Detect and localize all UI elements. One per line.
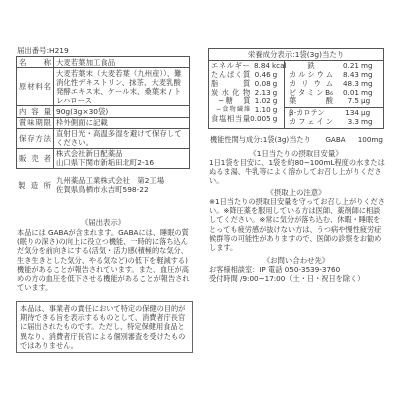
intake-title: 《1日当たりの摂取目安量》	[208, 149, 384, 158]
nutrient-unit: mg	[361, 118, 377, 127]
notice-body: 本品には GABAが含まれます。GABAには、睡眠の質(眠りの深さ)の向上に役立…	[17, 228, 193, 293]
functional-component-name: GABA	[325, 135, 345, 144]
nutrient-value: 7.5	[333, 97, 361, 106]
disclaimer-box: 本品は、事業者の責任において特定の保健の目的が期待できる旨を表示するものとして、…	[16, 301, 193, 353]
spec-value-name: 大麦若葉加工食品	[54, 57, 190, 68]
manufacturer-name: 九州薬品工業株式会社 第2工場	[56, 176, 164, 185]
nutrition-row: 葉 酸 7.5 μg	[287, 97, 381, 106]
contact-hours: 受付時間 /9:00~17:00（土・日・祝日を除く）	[209, 274, 387, 283]
spec-label-expiry: 賞味期限	[17, 117, 54, 128]
caution-title: 《摂取上の注意》	[208, 188, 384, 197]
functional-component-amount: 100mg	[358, 135, 383, 144]
spec-value-storage: 直射日光・高温多湿を避けて保存してください。	[54, 128, 190, 148]
contact-block: お客様相談室：IP 電話 050-3539-3760 受付時間 /9:00~17…	[209, 265, 387, 283]
registration-number: 届出番号:H219	[17, 46, 69, 55]
nutrient-value: 0.005	[250, 115, 273, 124]
nutrition-left-column: エネルギー 8.84 kcal たんぱく質 0.46 g 脂 質 0.08 g …	[209, 61, 285, 127]
manufacturer-value: 九州薬品工業株式会社 第2工場 佐賀県鳥栖市永吉町598-22	[53, 176, 164, 195]
manufacturer-label: 製 造 所	[16, 181, 53, 190]
spec-value-content: 90g(3g×30袋)	[54, 106, 190, 117]
spec-label-content: 内 容 量	[17, 106, 54, 117]
spec-value-ingredients: 大麦若葉末（大麦若葉（九州産））、難消化性デキストリン、抹茶、大麦乳酸発酵エキス…	[54, 68, 190, 106]
spec-value-expiry: 枠外側面に記載	[54, 117, 190, 128]
intake-body: 1日1袋を目安に、1袋を約80~100mL程度の水またはぬるま湯、牛乳等によく溶…	[209, 158, 387, 186]
nutrient-unit: μg	[361, 97, 377, 106]
table-row: 保存方法 直射日光・高温多湿を避けて保存してください。	[17, 128, 190, 148]
spec-label-name: 名 称	[17, 57, 54, 68]
table-row: 賞味期限 枠外側面に記載	[17, 117, 190, 128]
nutrition-right-column: 鉄 0.21 mg カルシウム 8.43 mg カリウム 48.3 mg ビタミ…	[285, 61, 383, 127]
table-row: 内 容 量 90g(3g×30袋)	[17, 106, 190, 117]
spec-label-seller: 販 売 者	[17, 148, 54, 168]
nutrition-title: 栄養成分表示:1袋(3g)当たり	[209, 49, 383, 61]
nutrition-row: カフェイン 3.3 mg	[287, 118, 381, 127]
nutrient-name: −糖 質	[211, 97, 250, 106]
manufacturer-block: 製 造 所 九州薬品工業株式会社 第2工場 佐賀県鳥栖市永吉町598-22	[16, 176, 190, 195]
functional-component: 機能性関与成分:1袋(3g)当たり GABA 100mg	[210, 135, 386, 144]
nutrient-value: 3.3	[333, 118, 361, 127]
product-spec-table: 名 称 大麦若葉加工食品 原材料名 大麦若葉末（大麦若葉（九州産））、難消化性デ…	[16, 56, 190, 169]
functional-label: 機能性関与成分:1袋(3g)当たり	[210, 135, 311, 144]
caution-body: ※1日当たりの摂取目安量を守ってお召し上がりください。※降圧薬を服用している方は…	[209, 197, 387, 252]
nutrition-table: 栄養成分表示:1袋(3g)当たり エネルギー 8.84 kcal たんぱく質 0…	[208, 48, 384, 129]
notice-title: 《届出表示》	[16, 218, 190, 227]
nutrition-row: 食塩相当量 0.005 g	[211, 115, 282, 124]
spec-value-seller: 株式会社新日配薬品 山口県下関市新垢田北町2-16	[54, 148, 190, 168]
nutrient-unit: g	[273, 115, 282, 124]
functional-amount: GABA 100mg	[325, 135, 386, 144]
spec-label-ingredients: 原材料名	[17, 68, 54, 106]
nutrition-right-bottom: β-カロテン 134 μg カフェイン 3.3 mg	[285, 107, 383, 127]
spec-label-storage: 保存方法	[17, 128, 54, 148]
nutrient-name: カフェイン	[287, 118, 333, 127]
manufacturer-address: 佐賀県鳥栖市永吉町598-22	[56, 185, 164, 194]
contact-phone: お客様相談室：IP 電話 050-3539-3760	[209, 265, 387, 274]
nutrient-name: 食塩相当量	[211, 115, 250, 124]
nutrition-row: −糖 質 1.02 g	[211, 97, 282, 106]
nutrient-name: 葉 酸	[287, 97, 333, 106]
contact-title: 《お問い合わせ先》	[208, 256, 384, 265]
table-row: 名 称 大麦若葉加工食品	[17, 57, 190, 68]
table-row: 原材料名 大麦若葉末（大麦若葉（九州産））、難消化性デキストリン、抹茶、大麦乳酸…	[17, 68, 190, 106]
table-row: 販 売 者 株式会社新日配薬品 山口県下関市新垢田北町2-16	[17, 148, 190, 168]
